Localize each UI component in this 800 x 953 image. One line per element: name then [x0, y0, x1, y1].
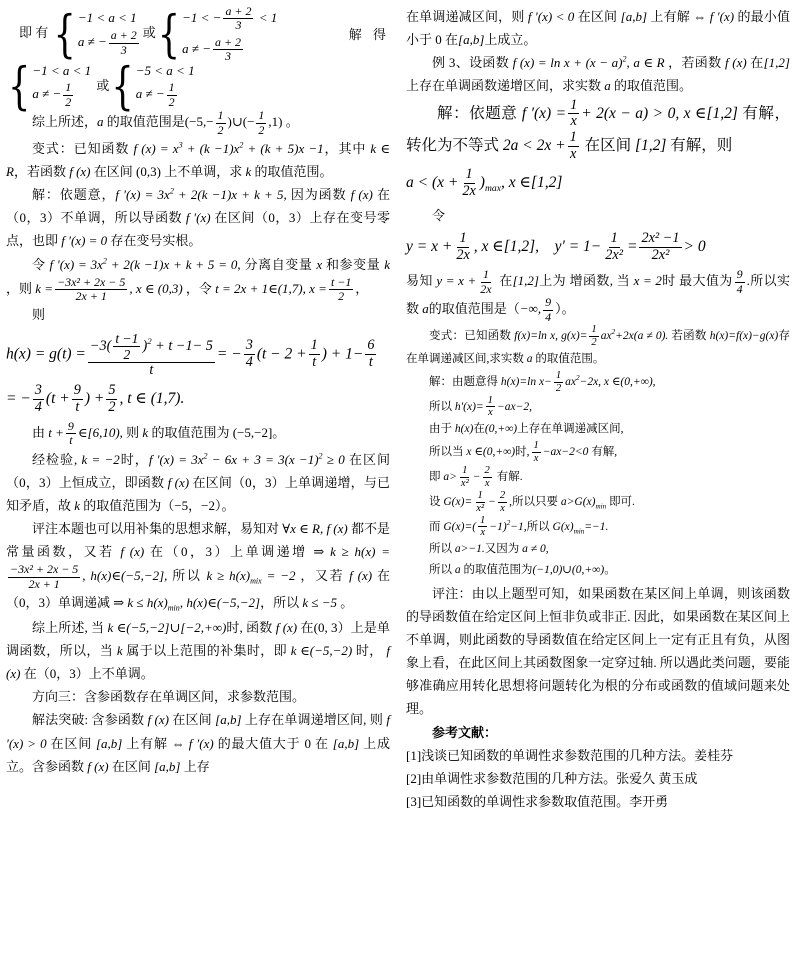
math-run: f ′(x) =	[522, 105, 566, 122]
fraction: 12x	[454, 231, 471, 264]
math-run: −ax−2<0	[543, 446, 589, 458]
fraction-numerator: −3(t −12)2 + t −1− 5	[88, 331, 215, 363]
text-run: 解：依题意，	[32, 187, 115, 202]
math-run: f ′(x)	[186, 210, 211, 225]
fraction: a + 23	[109, 29, 139, 57]
math-run: − 6x + 3 = 3(x −1)	[208, 452, 319, 467]
fraction-numerator: 1	[167, 81, 177, 95]
math-run: x	[570, 146, 576, 162]
math-run: 9	[68, 419, 74, 433]
text-run: 令	[32, 257, 49, 272]
paragraph: [1]浅谈已知函数的单调性求参数范围的几种方法。姜桂芬	[406, 744, 790, 767]
text-run: 有解，则	[666, 137, 732, 154]
text-run: 若函数	[668, 330, 709, 342]
text-run: 。	[272, 425, 285, 440]
text-run: 在（0，3）上单调递增	[144, 544, 313, 559]
cases-row: −1 < −a + 23 < 1	[182, 5, 277, 33]
text-run: 的取值范围。	[611, 78, 692, 93]
math-run: a + 2	[225, 4, 251, 18]
math-run: 4	[737, 282, 743, 296]
math-run: [1,2]	[764, 55, 790, 70]
fraction: 12	[554, 370, 563, 395]
text-run: 的取值范围为（−5，−2）。	[80, 498, 234, 513]
math-run: =−1.	[584, 521, 608, 533]
math-run: f(x)=ln x, g(x)=	[514, 330, 587, 342]
fraction-numerator: t −1	[113, 331, 140, 347]
math-run: x ∈(0,+∞)	[466, 446, 515, 458]
fraction-denominator: 2	[122, 347, 133, 362]
fraction-numerator: 1	[532, 440, 541, 453]
math-run: k ≥ h(x)	[206, 568, 250, 583]
math-run: + (k −1)x	[183, 141, 240, 156]
math-run: 1	[311, 337, 318, 353]
fraction: t −12	[329, 276, 353, 304]
math-run: −2x, x ∈(0,+∞),	[580, 376, 656, 388]
text-run: ,所以只要	[509, 496, 561, 508]
fraction: 34	[33, 383, 44, 416]
text-run: 时, 函数	[226, 620, 275, 635]
text-run: 所以	[429, 564, 455, 576]
math-run: −1,	[510, 521, 526, 533]
text-run: 方向三：含参函数存在单调区间，求参数范围。	[32, 689, 305, 704]
math-run: 1	[570, 129, 577, 145]
text-run: 分离自变量	[241, 257, 317, 272]
math-run: ⇒ k ≥ h(x) =	[313, 544, 390, 559]
fraction-denominator: 2x	[460, 184, 477, 200]
fraction: 1x	[486, 395, 495, 420]
math-run: 1	[218, 108, 224, 122]
paragraph: 在单调递减区间，则 f ′(x) < 0 在区间 [a,b] 上有解 ⇔ f ′…	[406, 5, 790, 51]
paragraph: 设 G(x)=1x²−2x,所以只要 a>G(x)min 即可.	[406, 490, 790, 515]
math-run: 1	[488, 395, 493, 406]
paragraph: 令	[406, 204, 790, 227]
math-run: −	[473, 471, 481, 483]
cases-row: −1 < a < 1	[78, 11, 137, 26]
math-run: [a,b]	[458, 32, 484, 47]
text-run: 评注：由以上题型可知，如果函数在某区间上单调，则该函数的导函数值在给定区间上恒非…	[406, 586, 790, 717]
text-run: 的取值范围是	[104, 114, 185, 129]
fraction: 12x	[478, 268, 493, 296]
fraction-denominator: x	[483, 478, 492, 490]
fraction-numerator: 1	[554, 370, 563, 383]
cases-group: {−1 < a < 1a ≠ −12	[8, 64, 91, 110]
math-run: x²	[476, 503, 484, 514]
paragraph: 解：依题意，f ′(x) = 3x2 + 2(k −1)x + k + 5, 因…	[6, 183, 390, 252]
paragraph: 而 G(x)=(1x−1)2−1,所以 G(x)min=−1.	[406, 515, 790, 540]
math-run: h′(x)=	[455, 401, 484, 413]
math-run: f ′(x) = 3x	[149, 452, 204, 467]
math-run: 3	[235, 18, 241, 32]
paragraph: 综上所述, 当 k ∈(−5,−2]∪[−2,+∞)时, 函数 f (x) 在(…	[6, 616, 390, 685]
text-run: 令	[432, 208, 445, 223]
cases-row: −1 < a < 1	[32, 64, 91, 79]
math-run: +2x(a ≠ 0).	[615, 330, 668, 342]
text-run: 或	[143, 25, 156, 40]
math-run: −3(	[90, 338, 112, 354]
paragraph: 由 t +9t∈[6,10), 则 k 的取值范围为 (−5,−2]。	[6, 420, 390, 448]
text-run: 所以当	[429, 446, 466, 458]
cases-row: a ≠ −a + 23	[182, 36, 245, 64]
text-run: 在	[747, 55, 764, 70]
text-run: 。	[282, 114, 298, 129]
cases-row: a ≠ −a + 23	[78, 29, 141, 57]
paragraph: 即 有 {−1 < a < 1a ≠ −a + 23或{−1 < −a + 23…	[6, 5, 390, 64]
math-run: 4	[35, 399, 42, 415]
paragraph: 评注本题也可以用补集的思想求解，易知对 ∀x ∈ R, f (x) 都不是常量函…	[6, 517, 390, 616]
text-run: 由于	[429, 423, 455, 435]
text-run: ）。	[555, 301, 575, 316]
fraction-denominator: x	[498, 503, 507, 515]
text-run: 解法突破: 含参函数	[32, 712, 148, 727]
fraction: 1x²	[459, 465, 471, 490]
math-run: 1	[483, 267, 489, 281]
fraction-denominator: 2x²	[650, 248, 672, 264]
fraction: 2x² −12x²	[639, 231, 681, 264]
math-run: ) + 1−	[322, 345, 364, 362]
text-run: 上存	[180, 759, 209, 774]
math-run: a ≠ −	[78, 34, 107, 49]
fraction-numerator: 1	[464, 167, 475, 184]
math-run: f (x) = ln x + (x − a)	[513, 55, 623, 70]
text-run: 时，	[352, 643, 386, 658]
text-run: 在	[473, 423, 485, 435]
text-run: 时,	[515, 446, 529, 458]
math-run: a>	[443, 471, 457, 483]
math-run: 2	[108, 399, 115, 415]
paragraph: 解：依题意 f ′(x) =1x+ 2(x − a) > 0, x ∈[1,2]…	[406, 98, 790, 164]
document-page: 即 有 {−1 < a < 1a ≠ −a + 23或{−1 < −a + 23…	[0, 0, 800, 953]
text-run: 在区间	[109, 759, 155, 774]
fraction-denominator: 2	[336, 290, 346, 303]
fraction-numerator: 1	[476, 490, 485, 503]
math-run: 2	[500, 490, 505, 501]
text-run: 即 有	[6, 25, 52, 40]
fraction: 34	[244, 338, 255, 371]
fraction: 12	[256, 109, 266, 137]
math-run: f ′(x) = 0	[61, 233, 107, 248]
fraction-denominator: 3	[223, 50, 233, 63]
math-run: −5 < a < 1	[136, 63, 195, 78]
text-run: 变式：已知函数	[32, 141, 134, 156]
math-run: G(x)=	[443, 496, 472, 508]
text-run: ，若函数	[665, 55, 725, 70]
math-run: = −	[217, 345, 242, 362]
fraction-denominator: t	[310, 355, 318, 371]
cases-rows: −1 < a < 1a ≠ −12	[32, 64, 91, 110]
math-run: G(x)=(	[443, 521, 476, 533]
math-run: [a,b]	[215, 712, 241, 727]
fraction-denominator: 2x	[478, 283, 493, 296]
math-run: < 1	[255, 10, 277, 25]
math-run: + t −1− 5	[152, 338, 213, 354]
math-run: 2x²	[605, 247, 623, 263]
math-run: t	[75, 399, 79, 415]
text-run: 时，	[120, 452, 149, 467]
text-run: 上存在单调函数递增区间，求实数	[406, 78, 604, 93]
math-run: 9	[74, 382, 81, 398]
fraction: 94	[543, 296, 553, 324]
display-equation: h(x) = g(t) =−3(t −12)2 + t −1− 5t= −34(…	[6, 331, 390, 379]
math-run: 1	[258, 108, 264, 122]
fraction-denominator: t	[73, 400, 81, 416]
paragraph: 所以当 x ∈(0,+∞)时,1x−ax−2<0 有解,	[406, 440, 790, 465]
fraction: −3(t −12)2 + t −1− 5t	[88, 331, 215, 379]
line-right-text: 解 得	[343, 23, 390, 46]
fraction-numerator: 1	[457, 231, 468, 248]
fraction-numerator: 1	[589, 324, 598, 337]
text-run: 即	[429, 471, 443, 483]
math-run: a ≠ −	[182, 41, 211, 56]
text-run: 的取值范围。	[251, 164, 332, 179]
math-run: f (x)	[148, 712, 169, 727]
math-run: f (x)	[168, 475, 189, 490]
fraction-denominator: 4	[735, 283, 745, 296]
fraction-denominator: 2x + 1	[26, 578, 61, 591]
math-run: (−1,0)∪(0,+∞)	[533, 564, 605, 576]
math-run: k =	[35, 281, 53, 296]
text-run: 上存在单调递减区间,	[517, 423, 623, 435]
text-run: 在区间	[91, 164, 137, 179]
math-run: 1	[480, 515, 485, 526]
text-run: [1]浅谈已知函数的单调性求参数范围的几种方法。姜桂芬	[406, 748, 733, 763]
math-run: f ′(x) = 3x	[49, 257, 102, 272]
fraction-denominator: x²	[474, 503, 486, 515]
math-run: f ′(x) < 0	[528, 9, 574, 24]
math-run: x	[485, 478, 490, 489]
fraction-numerator: a + 2	[109, 29, 139, 43]
math-run: 4	[246, 354, 253, 370]
math-run: x²	[461, 478, 469, 489]
paragraph: 令 f ′(x) = 3x2 + 2(k −1)x + k + 5 = 0, 分…	[6, 253, 390, 304]
math-run: 3	[121, 43, 127, 57]
math-run: x	[488, 407, 493, 418]
math-run: −ax−2,	[497, 401, 532, 413]
fraction: a + 23	[223, 5, 253, 33]
math-run: f (x)	[349, 568, 372, 583]
paragraph: 变式：已知函数 f (x) = x3 + (k −1)x2 + (k + 5)x…	[6, 137, 390, 183]
cases-row: −5 < a < 1	[136, 64, 195, 79]
fraction-denominator: t	[367, 355, 375, 371]
fraction-numerator: 5	[106, 383, 117, 400]
fraction: a + 23	[213, 36, 243, 64]
column-left: 即 有 {−1 < a < 1a ≠ −a + 23或{−1 < −a + 23…	[6, 5, 390, 949]
math-run: ⇔ f ′(x)	[172, 736, 214, 751]
text-run: 所以	[429, 543, 455, 555]
math-run: a ≠ 0,	[522, 543, 548, 555]
line-left: 即 有 {−1 < a < 1a ≠ −a + 23或{−1 < −a + 23…	[6, 5, 343, 64]
math-run: h(x)=ln x−	[501, 376, 552, 388]
math-run: , t ∈ (1,7).	[119, 390, 184, 407]
text-run: ，令	[183, 281, 216, 296]
math-run: 2	[556, 383, 561, 394]
math-run: ) +	[85, 390, 105, 407]
paragraph: 参考文献：	[406, 721, 790, 744]
math-run: = −	[6, 390, 31, 407]
paragraph: [3]已知函数的单调性求参数取值范围。李开勇	[406, 790, 790, 813]
text-run: 上成立。	[484, 32, 536, 47]
fraction-denominator: 2	[106, 400, 117, 416]
cases-rows: −5 < a < 1a ≠ −12	[136, 64, 195, 110]
text-run: 在区间	[169, 712, 215, 727]
text-run: ，则	[6, 281, 35, 296]
fraction-numerator: 1	[309, 338, 320, 355]
math-run: 1	[570, 97, 577, 113]
text-run: 上不单调，求	[161, 164, 246, 179]
math-run: 2	[258, 123, 264, 137]
fraction-denominator: 4	[543, 311, 553, 324]
text-run: 设	[429, 496, 443, 508]
math-run: t = 2x + 1∈(1,7), x =	[215, 281, 327, 296]
paragraph: 变式：已知函数 f(x)=ln x, g(x)=12ax2+2x(a ≠ 0).…	[406, 324, 790, 370]
text-run: 在区间	[581, 137, 635, 154]
subscript: mix	[250, 577, 262, 586]
text-run: 则	[32, 307, 45, 322]
fraction-denominator: 4	[33, 400, 44, 416]
math-run: (0,+∞)	[485, 423, 517, 435]
math-run: f (x)	[120, 544, 144, 559]
math-run: a>G(x)	[561, 496, 596, 508]
fraction-numerator: 1	[256, 109, 266, 123]
fraction: 2x	[498, 490, 507, 515]
text-run: 的最大值大于 0 在	[214, 736, 333, 751]
fraction-numerator: 1	[460, 465, 469, 478]
display-equation: a < (x +12x)max, x ∈[1,2]	[406, 167, 790, 200]
paragraph: {−1 < a < 1a ≠ −12 或{−5 < a < 1a ≠ −12	[6, 64, 390, 110]
math-run: =	[627, 238, 637, 255]
text-run	[539, 238, 555, 255]
math-run: 2x² −1	[641, 230, 679, 246]
math-run: , a ∈ R	[627, 55, 665, 70]
math-run: ≥ 0	[323, 452, 345, 467]
math-run: 6	[367, 337, 374, 353]
math-run: a + 2	[215, 35, 241, 49]
math-run: f (x) = x	[134, 141, 179, 156]
text-run: 例 3、设函数	[432, 55, 513, 70]
math-run: 2a < 2x +	[503, 137, 566, 154]
text-run: ，其中	[324, 141, 371, 156]
fraction: 94	[735, 268, 745, 296]
text-run: 所以	[429, 401, 455, 413]
text-run: 和参变量	[322, 257, 384, 272]
text-run: 变式：已知函数	[429, 330, 514, 342]
fraction-denominator: 2x	[454, 248, 471, 264]
text-run: ，又若	[296, 568, 350, 583]
math-run: ax	[565, 376, 576, 388]
text-run: 所以	[527, 521, 553, 533]
fraction: 6t	[365, 338, 376, 371]
paragraph: 评注：由以上题型可知，如果函数在某区间上单调，则该函数的导函数值在给定区间上恒非…	[406, 582, 790, 721]
math-run: k	[384, 257, 390, 272]
math-run: 2x + 1	[76, 289, 107, 303]
math-run: , h(x)∈(−5,−2]	[180, 595, 260, 610]
text-run: 所以	[167, 568, 206, 583]
fraction: 1x	[478, 515, 487, 540]
fraction-denominator: 2	[554, 383, 563, 395]
math-run: x	[534, 453, 539, 464]
fraction-numerator: 1	[486, 395, 495, 408]
text-run: 综上所述, 当	[32, 620, 108, 635]
subscript: min	[168, 604, 180, 613]
fraction: 12x	[460, 167, 477, 200]
math-run: + 2(k −1)x + k + 5 = 0,	[107, 257, 241, 272]
left-brace: {	[111, 61, 133, 112]
math-roman-run: (−5,−	[185, 114, 214, 129]
text-run: 或	[93, 77, 109, 92]
math-run: 2	[169, 95, 175, 109]
column-right: 在单调递减区间，则 f ′(x) < 0 在区间 [a,b] 上有解 ⇔ f ′…	[406, 5, 790, 949]
math-run: t −1	[331, 275, 351, 289]
fraction-denominator: x	[486, 407, 495, 419]
fraction-numerator: 1	[609, 231, 620, 248]
fraction: t −12	[113, 331, 140, 362]
fraction: 2x	[483, 465, 492, 490]
text-run: 上有解	[122, 736, 171, 751]
paragraph: 由于 h(x)在(0,+∞)上存在单调递减区间,	[406, 419, 790, 440]
text-run: 在区间	[47, 736, 96, 751]
fraction-numerator: 9	[543, 296, 553, 310]
math-run: 1	[65, 80, 71, 94]
math-run: k ∈(−5,−2]∪[−2,+∞)	[108, 620, 227, 635]
fraction-denominator: t	[147, 363, 155, 379]
math-run: a ≠ −	[136, 86, 165, 101]
fraction-denominator: 2x + 1	[74, 290, 109, 303]
text-run: ，若函数	[14, 164, 69, 179]
math-run: G(x)	[553, 521, 574, 533]
fraction-denominator: 2	[589, 337, 598, 349]
fraction-denominator: 4	[244, 355, 255, 371]
paragraph: [2]由单调性求参数范围的几种方法。张爱久 黄玉成	[406, 767, 790, 790]
math-run: h(x) = g(t) =	[6, 345, 86, 362]
left-brace: {	[54, 9, 76, 60]
math-run: t	[369, 354, 373, 370]
text-run: 解：依题意	[437, 105, 522, 122]
text-run: 评注本题也可以用补集的思想求解，易知对	[32, 521, 282, 536]
fraction: 1x²	[474, 490, 486, 515]
math-run: t +	[48, 425, 64, 440]
fraction-denominator: 3	[233, 19, 243, 32]
math-run: 1	[556, 370, 561, 381]
math-run: 1	[169, 80, 175, 94]
math-run: −1 < −	[182, 10, 221, 25]
subscript: min	[596, 502, 607, 510]
math-run: 3	[246, 337, 253, 353]
math-run: k ∈(−5,−2)	[291, 643, 353, 658]
math-run: ⇒ k ≤ h(x)	[113, 595, 167, 610]
text-run: 由	[32, 425, 48, 440]
math-run: y = x +	[436, 273, 476, 288]
math-run: t	[149, 362, 153, 378]
text-run: 而	[429, 521, 443, 533]
fraction-denominator: t	[67, 434, 74, 447]
math-run: 5	[108, 382, 115, 398]
math-run: y = x +	[406, 238, 452, 255]
fraction-numerator: 1	[216, 109, 226, 123]
cases-rows: −1 < a < 1a ≠ −a + 23	[78, 11, 141, 57]
math-run: f (x)	[87, 759, 108, 774]
fraction-denominator: 2x²	[603, 248, 625, 264]
fraction-numerator: a + 2	[213, 36, 243, 50]
math-roman-run: (−5,−2]	[233, 425, 273, 440]
text-run: 的取值范围。	[533, 353, 605, 365]
fraction-numerator: 9	[72, 383, 83, 400]
math-run: + (k + 5)x −1	[243, 141, 323, 156]
math-run: , x ∈[1,2],	[474, 238, 539, 255]
text-run: 则	[123, 425, 143, 440]
math-run: 3	[225, 49, 231, 63]
fraction-numerator: 3	[33, 383, 44, 400]
fraction-denominator: x	[568, 147, 578, 163]
text-run: 上为 增函数, 当	[539, 273, 634, 288]
